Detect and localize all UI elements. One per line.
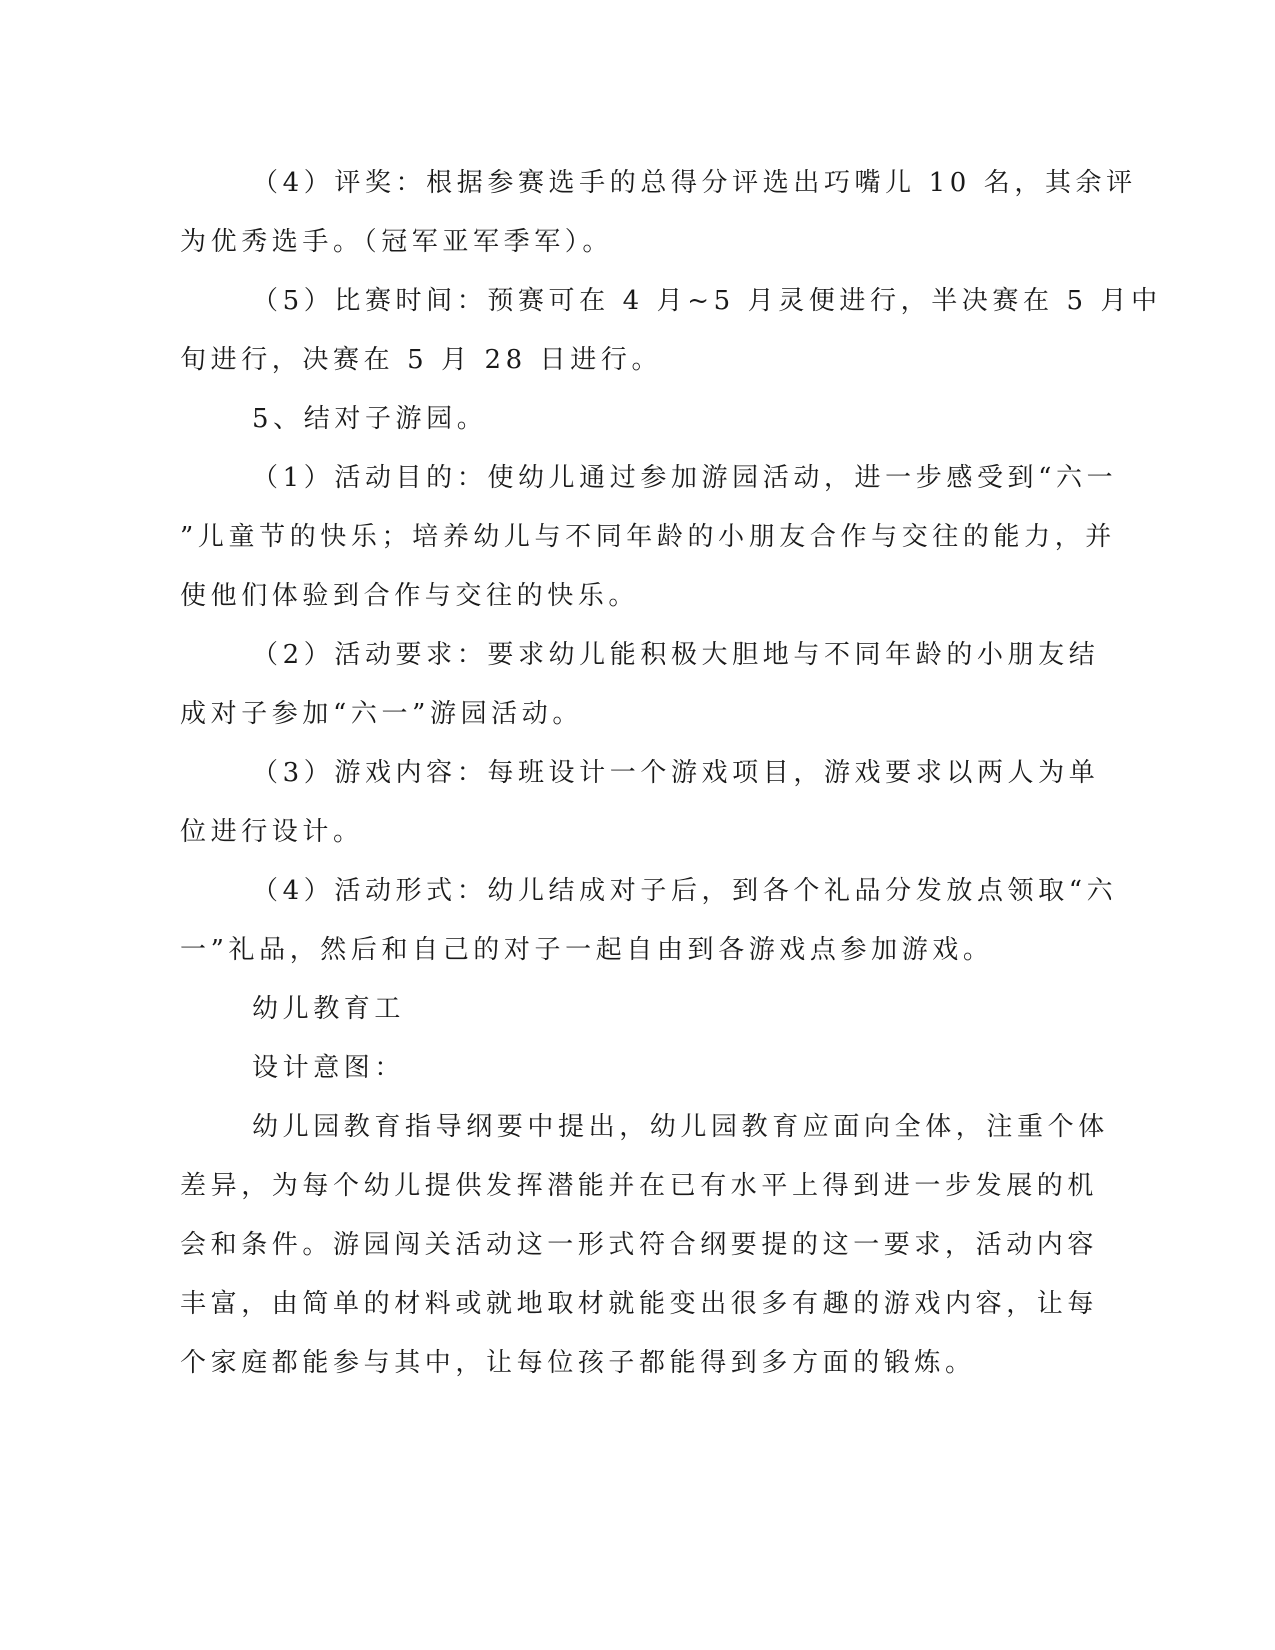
paragraph-intent-line-3: 会和条件。游园闯关活动这一形式符合纲要提的这一要求，活动内容	[180, 1223, 1030, 1282]
paragraph-purpose-line-1: （1）活动目的：使幼儿通过参加游园活动，进一步感受到“六一	[180, 456, 1030, 515]
paragraph-award-line-1: （4）评奖：根据参赛选手的总得分评选出巧嘴儿 10 名，其余评	[180, 161, 1030, 220]
paragraph-activity-form-line-2: 一”礼品，然后和自己的对子一起自由到各游戏点参加游戏。	[180, 928, 1030, 987]
paragraph-game-content-line-2: 位进行设计。	[180, 810, 1030, 869]
document-page: （4）评奖：根据参赛选手的总得分评选出巧嘴儿 10 名，其余评 为优秀选手。（冠…	[180, 161, 1030, 1400]
paragraph-intent-line-1: 幼儿园教育指导纲要中提出，幼儿园教育应面向全体，注重个体	[180, 1105, 1030, 1164]
section-heading-design-intent: 设计意图：	[180, 1046, 1030, 1105]
paragraph-requirements-line-1: （2）活动要求：要求幼儿能积极大胆地与不同年龄的小朋友结	[180, 633, 1030, 692]
section-heading-education: 幼儿教育工	[180, 987, 1030, 1046]
paragraph-activity-form-line-1: （4）活动形式：幼儿结成对子后，到各个礼品分发放点领取“六	[180, 869, 1030, 928]
paragraph-intent-line-4: 丰富，由简单的材料或就地取材就能变出很多有趣的游戏内容，让每	[180, 1282, 1030, 1341]
paragraph-intent-line-5: 个家庭都能参与其中，让每位孩子都能得到多方面的锻炼。	[180, 1341, 1030, 1400]
paragraph-game-content-line-1: （3）游戏内容：每班设计一个游戏项目，游戏要求以两人为单	[180, 751, 1030, 810]
paragraph-requirements-line-2: 成对子参加“六一”游园活动。	[180, 692, 1030, 751]
paragraph-schedule-line-2: 旬进行，决赛在 5 月 28 日进行。	[180, 338, 1030, 397]
section-heading-pair-garden: 5、结对子游园。	[180, 397, 1030, 456]
paragraph-purpose-line-2: ”儿童节的快乐；培养幼儿与不同年龄的小朋友合作与交往的能力，并	[180, 515, 1030, 574]
paragraph-intent-line-2: 差异，为每个幼儿提供发挥潜能并在已有水平上得到进一步发展的机	[180, 1164, 1030, 1223]
paragraph-purpose-line-3: 使他们体验到合作与交往的快乐。	[180, 574, 1030, 633]
paragraph-schedule-line-1: （5）比赛时间：预赛可在 4 月~5 月灵便进行，半决赛在 5 月中	[180, 279, 1030, 338]
paragraph-award-line-2: 为优秀选手。（冠军亚军季军）。	[180, 220, 1030, 279]
